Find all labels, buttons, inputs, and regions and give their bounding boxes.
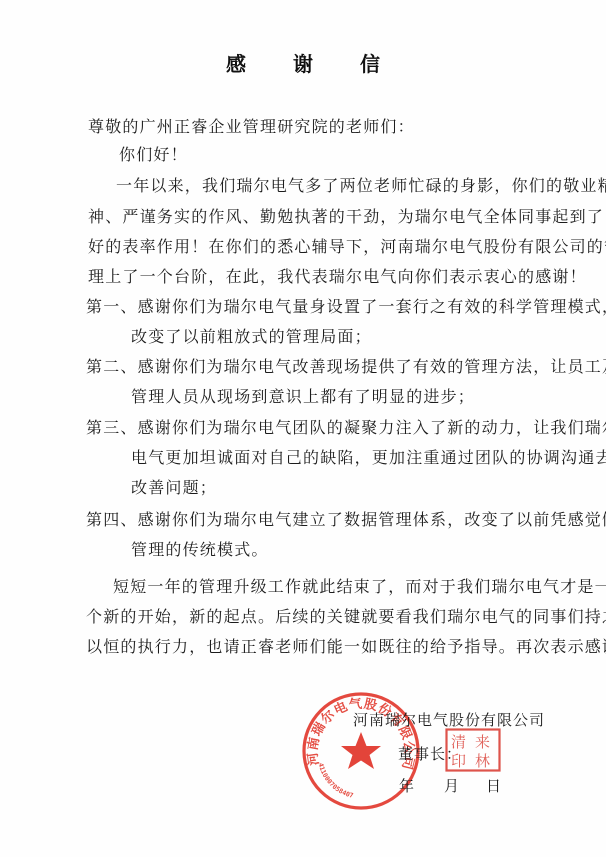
point-line: 电气更加坦诚面对自己的缺陷，更加注重通过团队的协调沟通去 <box>131 448 606 468</box>
point-line: 第三、感谢你们为瑞尔电气团队的凝聚力注入了新的动力，让我们瑞尔 <box>86 418 606 438</box>
point-line: 改善问题； <box>131 478 217 498</box>
greeting: 你们好！ <box>119 145 188 165</box>
closing-line: 个新的开始，新的起点。后续的关键就要看我们瑞尔电气的同事们持之 <box>86 607 606 627</box>
point-line: 管理人员从现场到意识上都有了明显的进步； <box>131 387 475 407</box>
point-line: 第二、感谢你们为瑞尔电气改善现场提供了有效的管理方法，让员工及 <box>86 357 606 377</box>
letter-page: 感 谢 信 尊敬的广州正睿企业管理研究院的老师们： 你们好！ 一年以来，我们瑞尔… <box>0 0 606 857</box>
point-line: 管理的传统模式。 <box>131 540 269 560</box>
seal-char: 来 <box>475 733 490 751</box>
closing-line: 短短一年的管理升级工作就此结束了，而对于我们瑞尔电气才是一 <box>113 577 606 597</box>
point-line: 第一、感谢你们为瑞尔电气量身设置了一套行之有效的科学管理模式， <box>86 297 606 317</box>
point-line: 改变了以前粗放式的管理局面； <box>131 327 372 347</box>
intro-line: 一年以来，我们瑞尔电气多了两位老师忙碌的身影，你们的敬业精 <box>116 176 606 196</box>
signature-chairman-label: 董事长： <box>398 745 462 763</box>
seal-char: 林 <box>475 752 490 770</box>
point-line: 第四、感谢你们为瑞尔电气建立了数据管理体系，改变了以前凭感觉做 <box>86 510 606 530</box>
intro-line: 神、严谨务实的作风、勤勉执著的干劲，为瑞尔电气全体同事起到了良 <box>88 207 606 227</box>
date-day-label: 日 <box>486 777 502 795</box>
intro-line: 好的表率作用！在你们的悉心辅导下，河南瑞尔电气股份有限公司的管 <box>88 237 606 257</box>
signature-company: 河南瑞尔电气股份有限公司 <box>353 711 545 729</box>
letter-title: 感 谢 信 <box>0 48 606 77</box>
date-month-label: 月 <box>444 777 460 795</box>
salutation: 尊敬的广州正睿企业管理研究院的老师们： <box>88 117 415 137</box>
closing-line: 以恒的执行力，也请正睿老师们能一如既往的给予指导。再次表示感谢！ <box>86 637 606 657</box>
date-year-label: 年 <box>399 777 415 795</box>
intro-line: 理上了一个台阶，在此，我代表瑞尔电气向你们表示衷心的感谢！ <box>88 267 587 287</box>
